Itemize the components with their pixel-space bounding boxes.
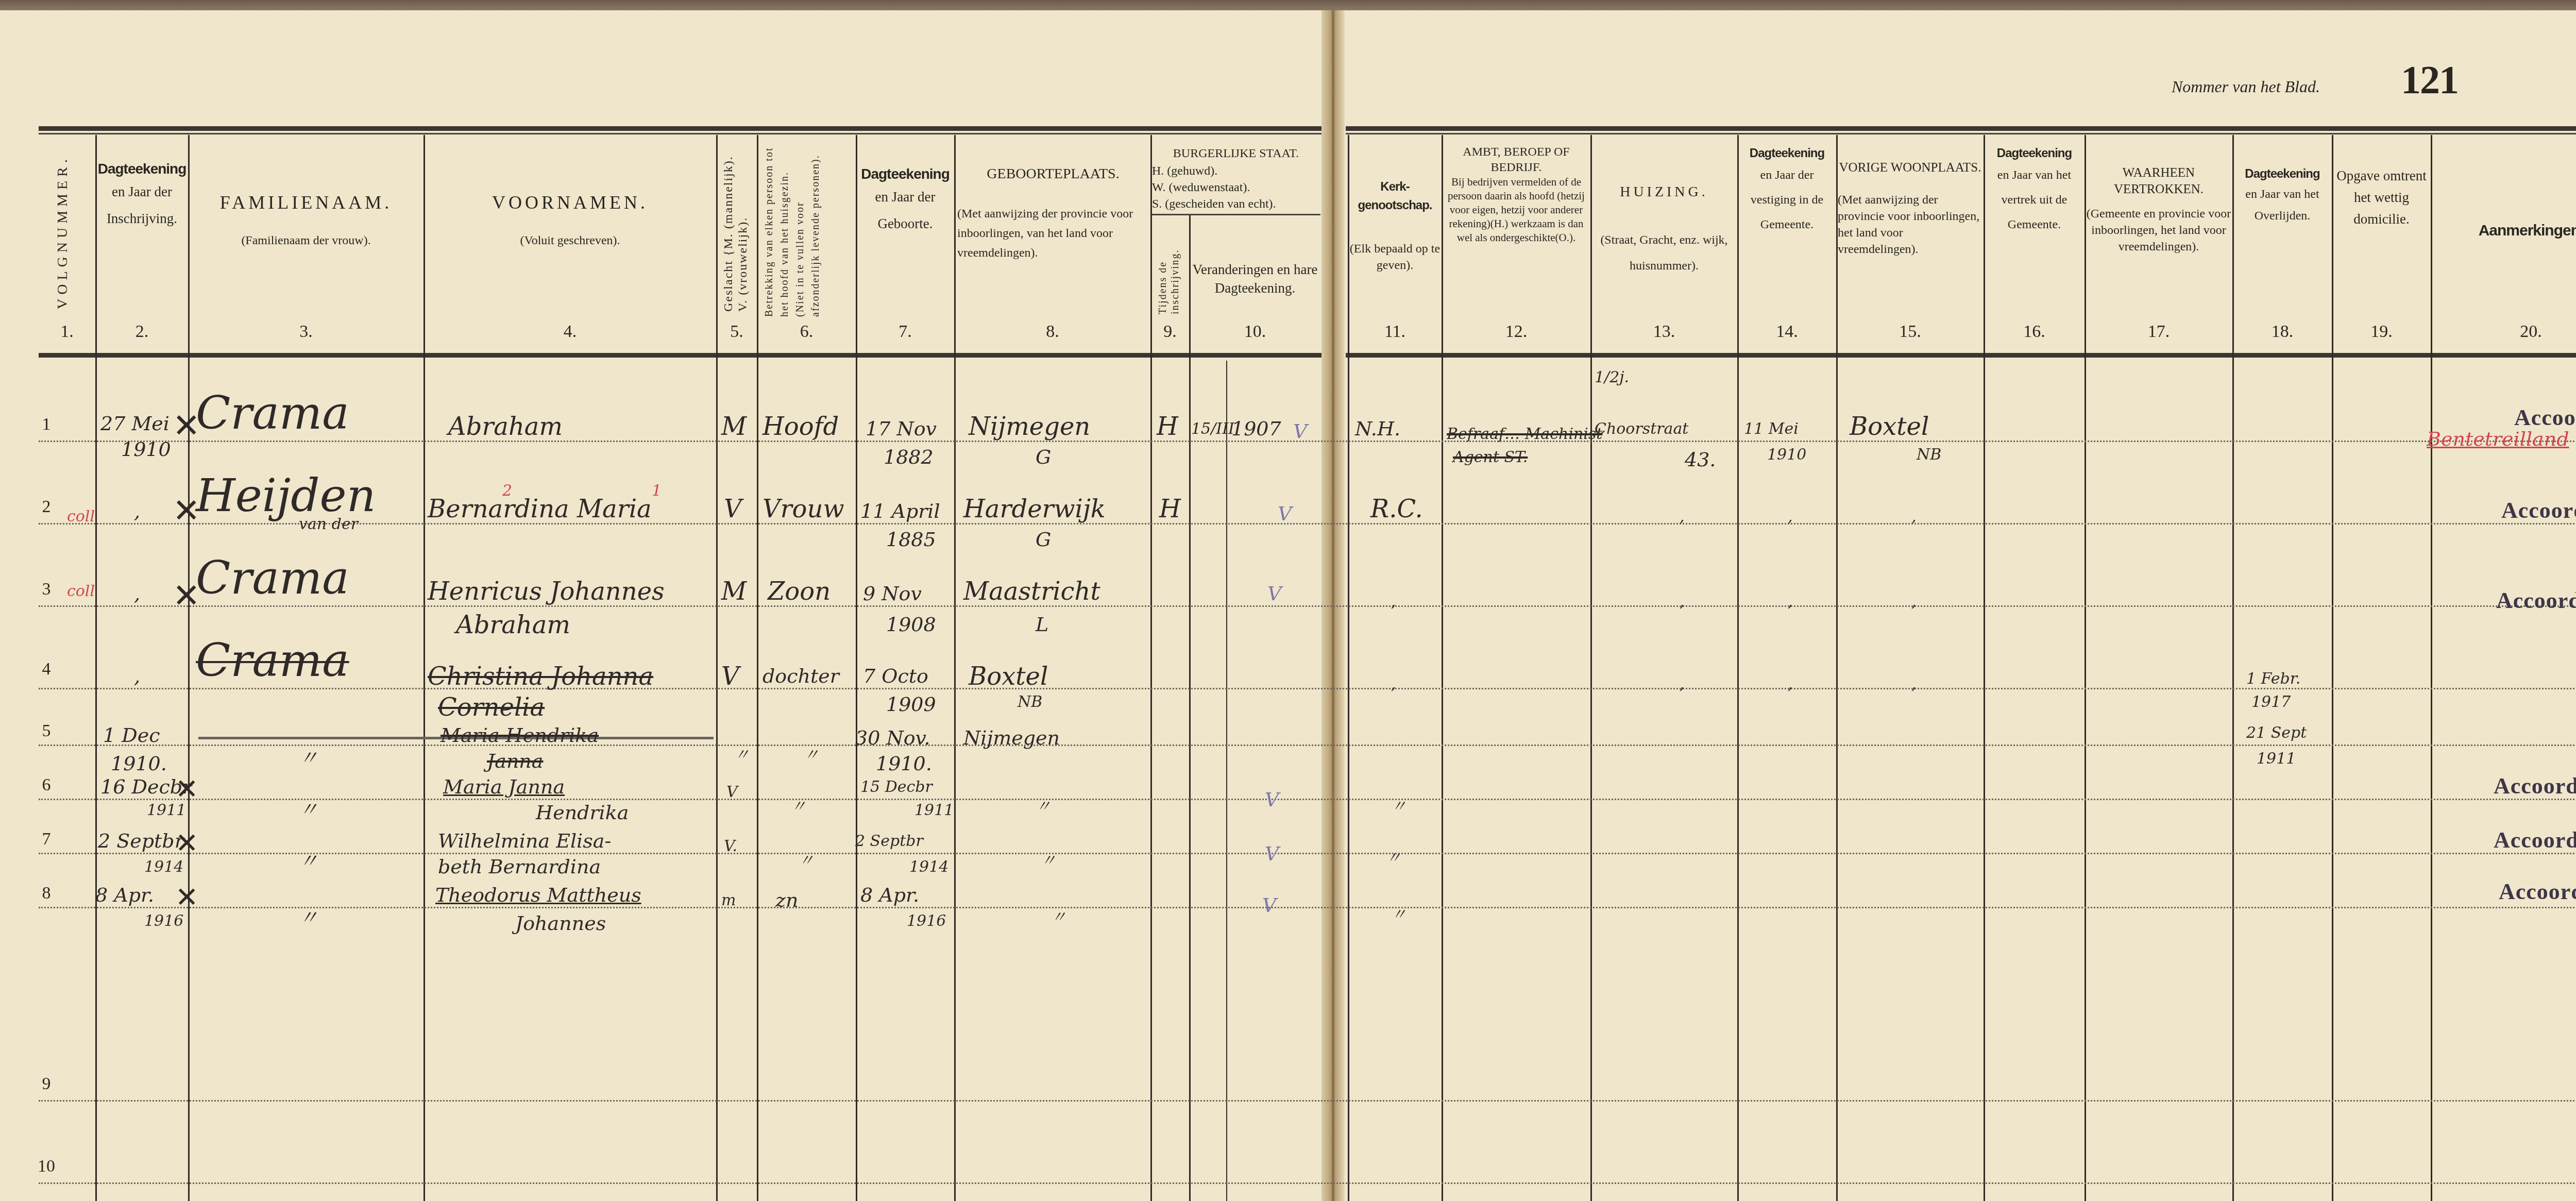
church-ditto: 〃 <box>1391 793 1406 816</box>
col-divider <box>1150 135 1152 1201</box>
first-names: Abraham <box>448 412 563 441</box>
row-line <box>39 605 2576 607</box>
row-line <box>39 523 2576 525</box>
accoord-stamp: Accoord <box>2496 587 2576 614</box>
civil-change-year: 1907 <box>1231 417 1281 440</box>
header-col-5: Geslacht {M. (mannelijk). V. (vrouwelijk… <box>721 142 752 312</box>
settled-year: 1910 <box>1767 446 1806 464</box>
col-divider <box>856 135 857 1201</box>
reg-year: 1910. <box>111 752 167 775</box>
header-col-14: Dagteekening en Jaar der vestiging in de… <box>1739 144 1835 237</box>
header-col-13: HUIZING. (Straat, Gracht, enz. wijk, hui… <box>1592 183 1736 279</box>
surname-ditto: 〃 <box>299 793 318 822</box>
house-ditto: , <box>1680 508 1685 526</box>
header-col-6: Betrekking van elken persoon tot het hoo… <box>761 142 852 317</box>
reg-date: 1 Dec <box>103 724 160 747</box>
col-number: 13. <box>1592 322 1736 342</box>
sex: V <box>726 783 738 801</box>
col-divider <box>1442 135 1443 1201</box>
birthplace: Boxtel <box>969 662 1048 691</box>
death-date: 21 Sept <box>2246 724 2307 742</box>
relation-ditto: 〃 <box>804 742 819 765</box>
col-number: 12. <box>1443 322 1589 342</box>
row-line <box>39 441 2576 442</box>
death-date: 1 Febr. <box>2246 670 2300 688</box>
relation: zn <box>775 889 799 911</box>
province: L <box>1036 613 1048 636</box>
red-order-mark: 1 <box>652 482 662 500</box>
church: N.H. <box>1355 417 1400 440</box>
row-number: 7 <box>36 830 57 849</box>
first-names: Maria Janna <box>443 775 565 798</box>
row-line <box>39 1100 2576 1102</box>
book-top-edge <box>0 0 2576 10</box>
first-names: Wilhelmina Elisa- <box>438 830 611 852</box>
birth-year: 1909 <box>886 693 936 716</box>
col-divider <box>423 135 425 1201</box>
first-names: Henricus Johannes <box>428 577 665 606</box>
settled-ditto: , <box>1788 675 1793 693</box>
col-divider <box>2084 135 2086 1201</box>
row-line <box>39 853 2576 854</box>
sex: M <box>721 577 747 606</box>
col-number: 16. <box>1985 322 2083 342</box>
col-number: 19. <box>2333 322 2430 342</box>
reg-date-ditto: , <box>134 582 140 605</box>
red-margin-note: coll <box>67 508 95 526</box>
col-divider <box>716 135 718 1201</box>
birth-date: 15 Decbr <box>860 778 933 796</box>
header-col-9: Tijdens de inschrijving. <box>1157 222 1185 314</box>
row-number: 5 <box>36 721 57 741</box>
check-mark: V <box>1278 502 1292 525</box>
settled-ditto: , <box>1788 508 1793 526</box>
check-mark: V <box>1265 842 1279 865</box>
header-col-17: WAARHEEN VERTROKKEN. (Gemeente en provin… <box>2086 165 2231 255</box>
cross-mark-icon: ✕ <box>175 827 198 859</box>
relation: dochter <box>762 665 839 687</box>
cross-mark-icon: ✕ <box>175 773 198 805</box>
previous-residence: Boxtel <box>1850 412 1929 441</box>
reg-date-ditto: , <box>134 500 140 522</box>
surname-ditto: 〃 <box>299 845 318 873</box>
settled-date: 11 Mei <box>1744 420 1799 438</box>
birth-year: 1882 <box>884 446 934 468</box>
reg-date: 8 Apr. <box>95 884 154 906</box>
occupation-line2-struck: Agent ST. <box>1453 448 1528 466</box>
relation: Zoon <box>768 577 831 606</box>
surname-prefix: van der <box>299 515 358 533</box>
house-ditto: , <box>1680 593 1685 611</box>
house-wijk: 1/2j. <box>1595 368 1629 386</box>
page-number-label: Nommer van het Blad. <box>2172 77 2320 96</box>
accoord-stamp: Accoord <box>2494 827 2576 853</box>
relation: Vrouw <box>762 495 844 523</box>
header-col-16: Dagteekening en Jaar van het vertrek uit… <box>1985 144 2083 237</box>
col-number: 8. <box>956 322 1149 342</box>
surname-ditto: 〃 <box>299 902 318 930</box>
sex: m <box>721 891 736 909</box>
col-divider-light <box>1226 361 1227 1201</box>
reg-date-ditto: , <box>134 665 140 687</box>
col-divider <box>954 135 956 1201</box>
col-number: 1. <box>46 322 88 342</box>
civil-change-date: 15/III <box>1191 420 1234 438</box>
birth-date: 2 Septbr <box>855 832 923 850</box>
col-number: 11. <box>1349 322 1440 342</box>
page-number: 121 <box>2401 57 2458 103</box>
church-ditto: , <box>1391 675 1396 693</box>
death-year: 1917 <box>2251 693 2291 711</box>
check-mark: V <box>1262 894 1276 917</box>
first-names-struck: Christina Johanna <box>428 662 653 691</box>
reg-date: 27 Mei <box>100 412 170 435</box>
province: G <box>1036 528 1051 551</box>
previous-province: NB <box>1917 446 1941 464</box>
birthplace-ditto: 〃 <box>1051 904 1066 927</box>
birth-date: 30 Nov. <box>855 726 930 749</box>
birth-date: 11 April <box>860 500 940 522</box>
header-col-4: VOORNAMEN. (Voluit geschreven). <box>425 193 715 249</box>
header-top-rule-right <box>1346 126 2576 131</box>
row-number: 6 <box>36 775 57 795</box>
col-number: 5. <box>718 322 756 342</box>
surname-ditto: 〃 <box>299 742 318 770</box>
col-divider <box>1984 135 1985 1201</box>
row-number: 3 <box>36 580 57 599</box>
header-col-12: AMBT, BEROEP OF BEDRIJF. Bij bedrijven v… <box>1443 144 1589 245</box>
check-mark: V <box>1267 582 1281 605</box>
check-mark: V <box>1293 420 1307 443</box>
birthplace-ditto: 〃 <box>1041 848 1056 870</box>
reg-year: 1916 <box>144 912 183 930</box>
birth-date: 9 Nov <box>863 582 922 605</box>
row-number: 1 <box>36 415 57 434</box>
sex: M <box>721 412 747 441</box>
col-number: 18. <box>2234 322 2331 342</box>
prev-residence-ditto: , <box>1911 675 1917 693</box>
header-col-20: Aanmerkingen. <box>2432 222 2576 240</box>
church-ditto: 〃 <box>1386 845 1401 868</box>
header-col-3: FAMILIENAAM. (Familienaam der vrouw). <box>190 193 422 249</box>
surname: Crama <box>196 551 349 604</box>
accoord-stamp: Accoord <box>2494 773 2576 799</box>
col-number: 7. <box>857 322 953 342</box>
col-number: 20. <box>2432 322 2576 342</box>
first-names: Theodorus Mattheus <box>435 884 641 906</box>
header-volgnummer: VOLGNUMMER. <box>56 155 70 309</box>
col-number: 3. <box>190 322 422 342</box>
reg-date: 2 Septbr <box>98 830 184 852</box>
settled-ditto: , <box>1788 593 1793 611</box>
header-top-rule-left <box>39 126 1321 131</box>
church-ditto: , <box>1391 593 1396 611</box>
col-number: 2. <box>97 322 187 342</box>
province: NB <box>1018 693 1042 711</box>
header-col-11: Kerk-genootschap. (Elk bepaald op te gev… <box>1349 178 1440 274</box>
church-ditto: 〃 <box>1391 902 1406 924</box>
row-line <box>39 799 2576 800</box>
header-col-8: GEBOORTEPLAATS. (Met aanwijzing der prov… <box>957 165 1149 263</box>
red-annotation: Bentetreilland <box>2427 428 2569 450</box>
col-divider <box>188 135 190 1201</box>
header-bottom-rule-right <box>1346 353 2576 358</box>
province: G <box>1036 446 1051 468</box>
birthplace: Nijmegen <box>963 726 1060 749</box>
header-col-7: Dagteekening en Jaar der Geboorte. <box>857 165 953 237</box>
red-margin-note: coll <box>67 582 95 600</box>
birthplace: Maastricht <box>963 577 1100 606</box>
sex: V <box>724 495 742 523</box>
church: R.C. <box>1370 495 1423 523</box>
header-bottom-rule-left <box>39 353 1321 358</box>
birth-date: 17 Nov <box>866 417 937 440</box>
relation: Hoofd <box>762 412 839 441</box>
col-divider <box>2332 135 2333 1201</box>
sex: V <box>721 662 739 691</box>
birth-year: 1916 <box>907 912 946 930</box>
civil-status: H <box>1159 495 1181 523</box>
first-names-line2-struck: Cornelia <box>438 693 545 722</box>
row-number: 8 <box>36 884 57 903</box>
prev-residence-ditto: , <box>1911 593 1917 611</box>
cross-mark-icon: ✕ <box>175 881 198 914</box>
accoord-stamp: Accoord <box>2499 878 2576 905</box>
col-number: 9. <box>1152 322 1188 342</box>
col-number: 15. <box>1838 322 1982 342</box>
house-number: 43. <box>1685 448 1716 471</box>
birth-year: 1908 <box>886 613 936 636</box>
sex-ditto: 〃 <box>734 742 750 765</box>
first-names-line2: Hendrika <box>536 801 629 824</box>
first-names-line2: beth Bernardina <box>438 855 601 878</box>
col-number: 4. <box>425 322 715 342</box>
header-col-15: VORIGE WOONPLAATS. (Met aanwijzing der p… <box>1838 160 1982 258</box>
col-divider <box>1737 135 1739 1201</box>
first-names-struck: Maria Hendrika <box>440 724 599 747</box>
reg-year: 1910 <box>121 438 171 461</box>
col-divider <box>1348 135 1349 1201</box>
header-top-thin-right <box>1346 133 2576 134</box>
header-civil-status: BURGERLIJKE STAAT. H. (gehuwd). W. (wedu… <box>1152 144 1320 212</box>
col-number: 6. <box>758 322 855 342</box>
col-divider <box>2232 135 2234 1201</box>
first-names-line2-struck: Janna <box>487 750 544 772</box>
birth-year: 1911 <box>914 801 954 819</box>
surname: Heijden <box>196 469 376 522</box>
birth-date: 7 Octo <box>863 665 928 687</box>
header-col-2: Dagteekening en Jaar der Inschrijving. <box>97 160 187 232</box>
birthplace-ditto: 〃 <box>1036 793 1051 816</box>
col-divider <box>1836 135 1838 1201</box>
row-number: 9 <box>36 1074 57 1094</box>
sex: V. <box>724 837 737 855</box>
header-col-18: Dagteekening en Jaar van het Overlijden. <box>2234 165 2331 227</box>
col-number: 14. <box>1739 322 1835 342</box>
accoord-stamp: Accoord <box>2514 404 2576 431</box>
surname-struck: Crama <box>196 634 349 687</box>
birthplace: Nijmegen <box>969 412 1090 441</box>
col-divider <box>2431 135 2432 1201</box>
birth-year: 1914 <box>909 858 948 876</box>
surname: Crama <box>196 386 349 439</box>
row-number: 4 <box>36 659 57 679</box>
header-top-thin-left <box>39 133 1321 134</box>
accoord-stamp: Accoord <box>2501 497 2576 523</box>
red-order-mark: 2 <box>502 482 512 500</box>
row-line <box>39 907 2576 908</box>
header-col-19: Opgave omtrent het wettig domicilie. <box>2333 165 2430 230</box>
occupation-struck: Befraaf… Machinist <box>1447 425 1602 443</box>
col-divider <box>757 135 758 1201</box>
house-ditto: , <box>1680 675 1685 693</box>
birth-date: 8 Apr. <box>860 884 919 906</box>
prev-residence-ditto: , <box>1911 508 1917 526</box>
birth-year: 1910. <box>876 752 932 775</box>
first-names-line2: Johannes <box>515 912 606 935</box>
birthplace: Harderwijk <box>963 495 1106 523</box>
col-number: 17. <box>2086 322 2231 342</box>
row-line <box>39 688 2576 689</box>
relation-ditto: 〃 <box>791 793 806 816</box>
first-names: Bernardina Maria <box>428 495 652 523</box>
check-mark: V <box>1265 788 1279 811</box>
col-divider <box>1590 135 1592 1201</box>
relation-ditto: 〃 <box>799 848 814 870</box>
first-names-line2: Abraham <box>456 611 570 639</box>
birth-year: 1885 <box>886 528 936 551</box>
row-number: 10 <box>36 1157 57 1176</box>
row-number: 2 <box>36 497 57 517</box>
header-col-10: Veranderingen en hare Dagteekening. <box>1191 260 1319 297</box>
row-line <box>39 1182 2576 1184</box>
col-divider <box>95 135 97 1201</box>
civil-status-divider <box>1150 214 1320 215</box>
civil-status: H <box>1157 412 1178 441</box>
death-year: 1911 <box>2257 750 2296 768</box>
house-street: Choorstraat <box>1595 420 1688 438</box>
col-number: 10. <box>1191 322 1319 342</box>
reg-year: 1914 <box>144 858 183 876</box>
col-divider <box>1189 215 1191 1201</box>
row-line <box>39 745 2576 746</box>
